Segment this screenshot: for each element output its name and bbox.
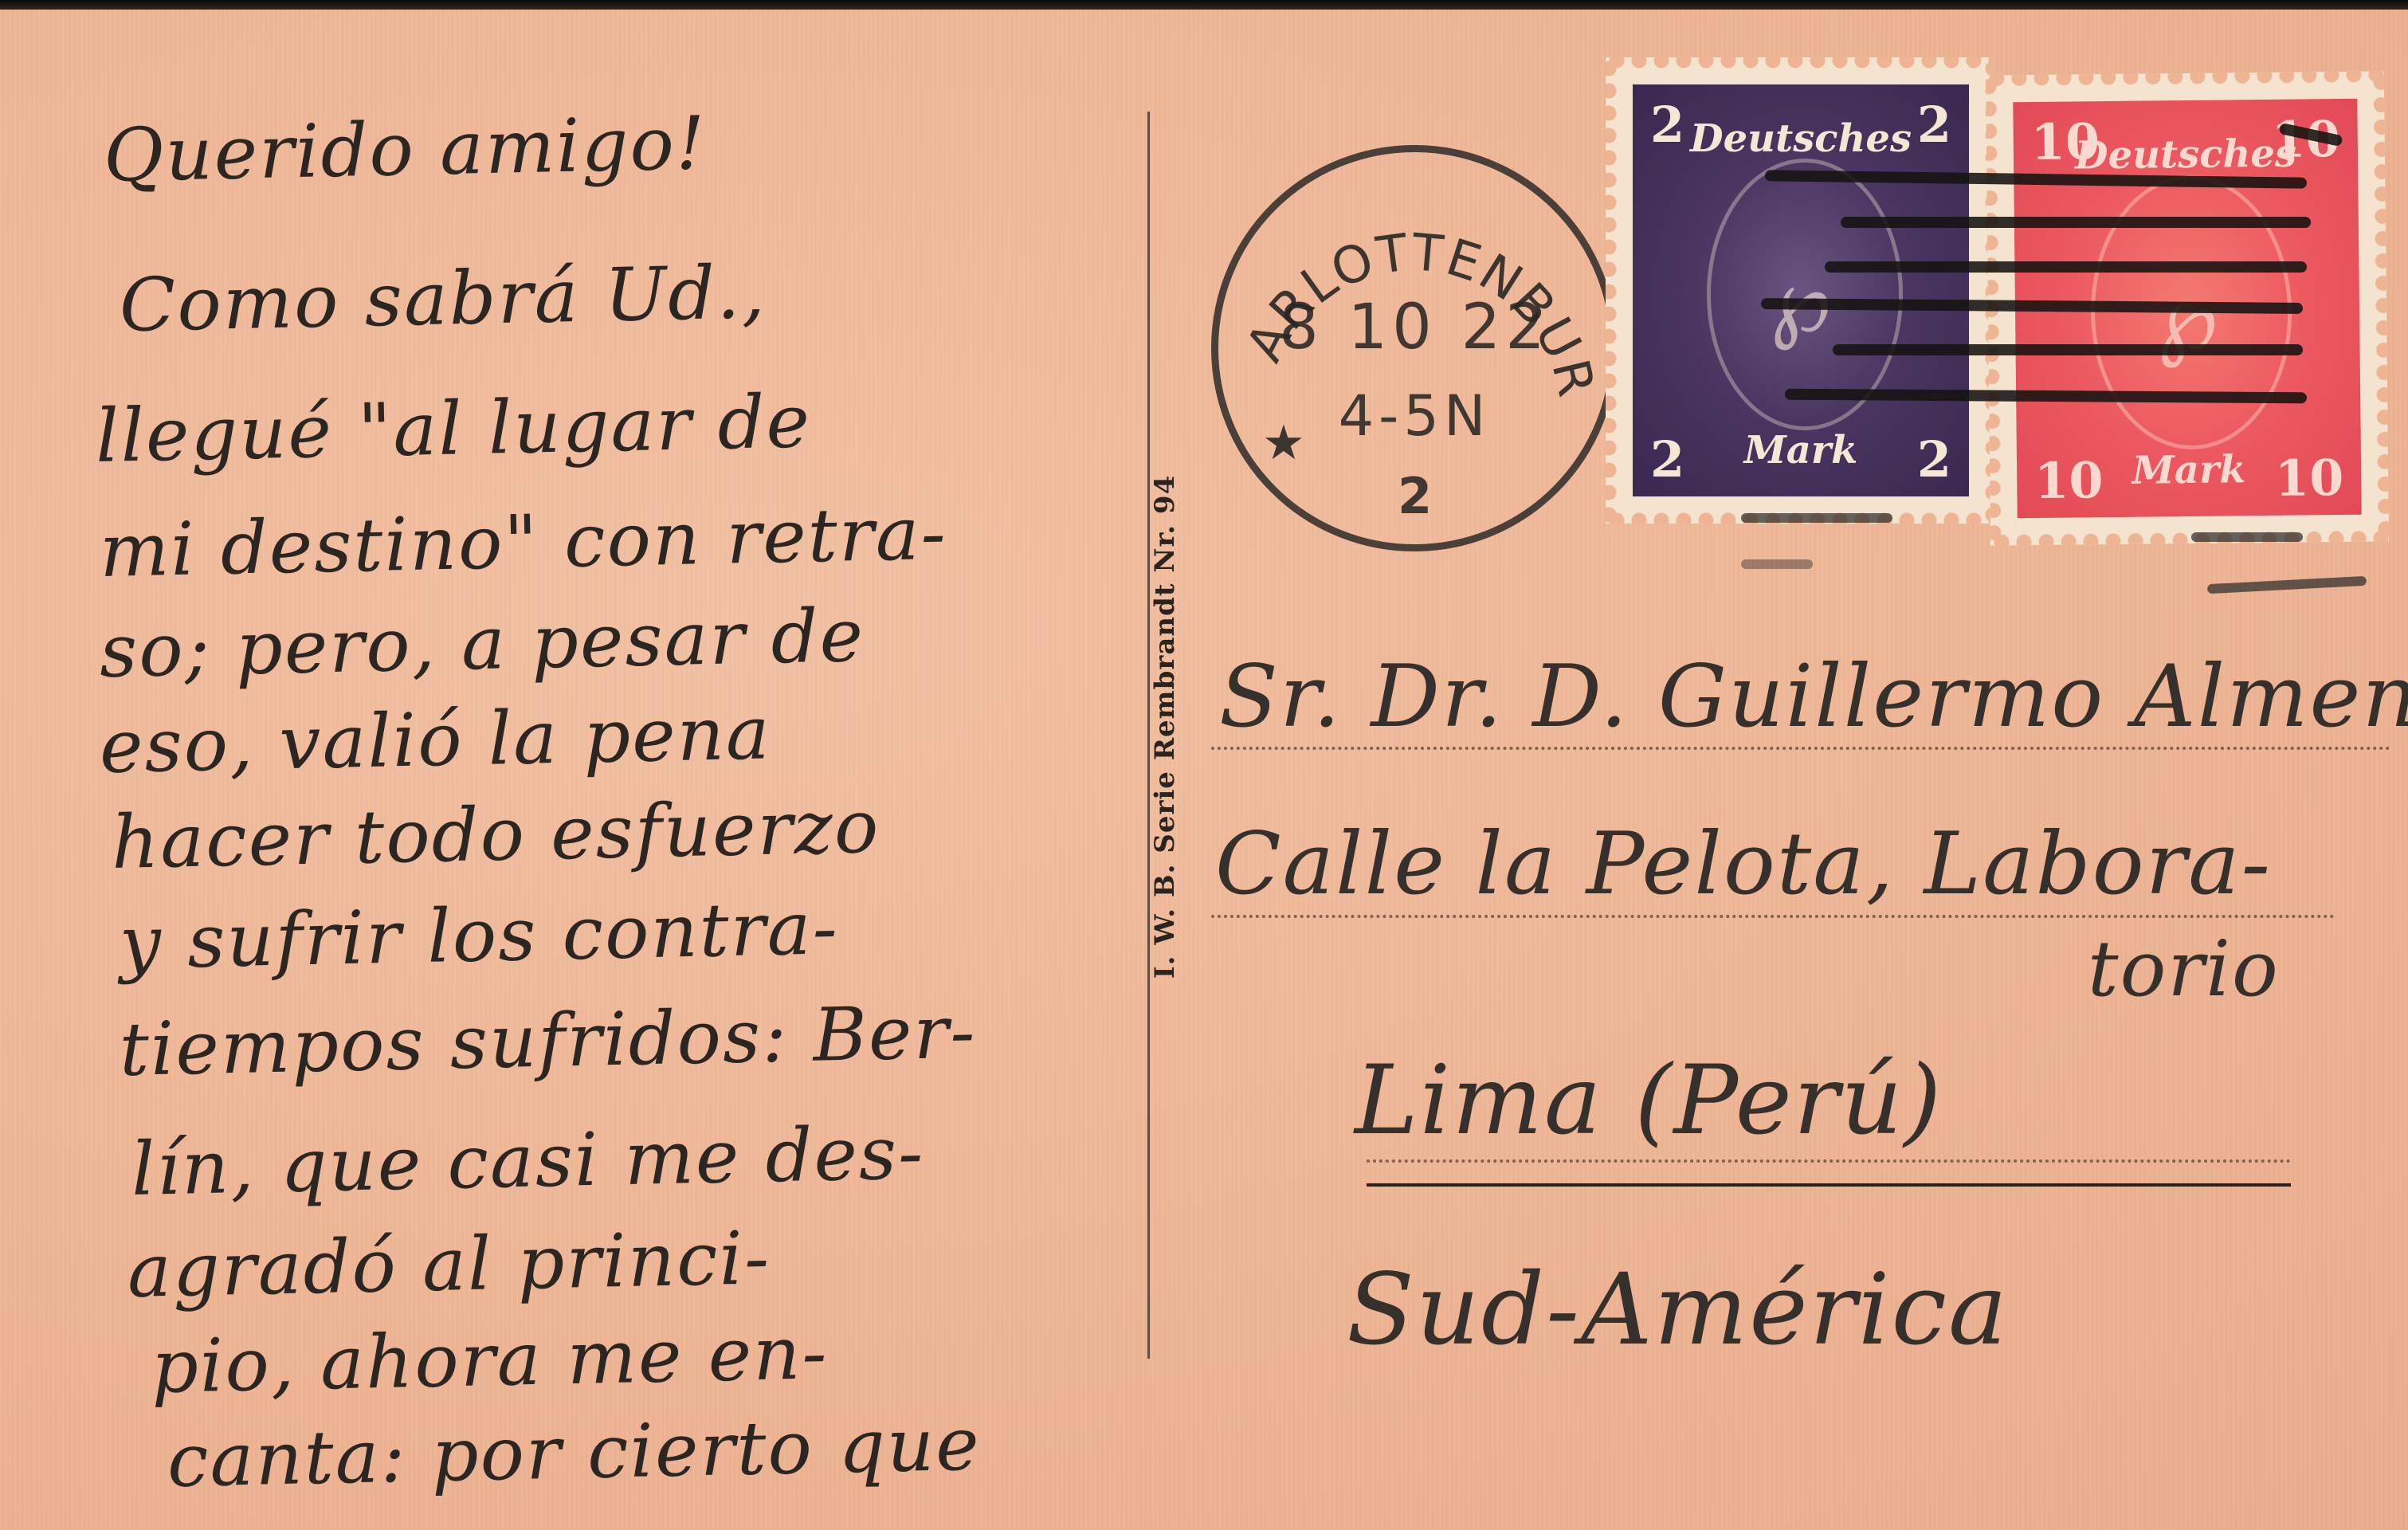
ink-smudge bbox=[2191, 532, 2303, 542]
address-city: Lima (Perú) bbox=[1355, 1045, 1943, 1156]
address-street-continued: torio bbox=[2088, 924, 2280, 1014]
postmark-office-number: 2 bbox=[1398, 467, 1432, 525]
address-dotted-line bbox=[1211, 747, 2390, 750]
address-dotted-line bbox=[1211, 915, 2335, 918]
address-region: Sud-América bbox=[1347, 1253, 2009, 1367]
stamp-denomination: 10 bbox=[2275, 449, 2344, 508]
letter-line: eso, valió la pena bbox=[99, 690, 772, 790]
stamp-denomination: 10 bbox=[2030, 112, 2100, 171]
ink-smudge bbox=[2207, 576, 2367, 594]
letter-line: Como sabrá Ud., bbox=[119, 249, 767, 348]
letter-line: y sufrir los contra- bbox=[119, 885, 840, 986]
letter-line: canta: por cierto que bbox=[167, 1402, 982, 1504]
stamp-face: ℘ Deutsches Mark 2 2 2 2 bbox=[1633, 84, 1969, 496]
postcard: Querido amigo! Como sabrá Ud., llegué "a… bbox=[0, 10, 2408, 1530]
postmark: CHARLOTTENBURG 8 10 22 4-5N ★ 2 bbox=[1211, 145, 1618, 551]
ink-smudge bbox=[1741, 513, 1892, 523]
letter-line: Querido amigo! bbox=[103, 100, 708, 198]
star-icon: ★ bbox=[1262, 415, 1305, 471]
cancel-bar bbox=[1833, 344, 2303, 355]
postmark-date: 8 10 22 bbox=[1218, 292, 1610, 363]
stamp-denomination: 10 bbox=[2034, 451, 2104, 510]
stamp-purple-2-mark: ℘ Deutsches Mark 2 2 2 2 bbox=[1606, 57, 1996, 524]
publisher-imprint: I. W. B. Serie Rembrandt Nr. 94 bbox=[1149, 475, 1181, 979]
letter-line: pio, ahora me en- bbox=[151, 1310, 829, 1410]
letter-line: agradó al princi- bbox=[127, 1215, 771, 1314]
stamp-denomination: 2 bbox=[1917, 96, 1951, 154]
address-street: Calle la Pelota, Labora- bbox=[1215, 814, 2272, 914]
letter-line: mi destino" con retra- bbox=[99, 491, 948, 594]
stamp-denomination: 2 bbox=[1917, 430, 1951, 488]
letter-line: llegué "al lugar de bbox=[95, 379, 812, 479]
stamp-denomination: 2 bbox=[1650, 96, 1684, 154]
cancel-bar bbox=[1825, 261, 2307, 273]
letter-line: lín, que casi me des- bbox=[131, 1110, 925, 1212]
ink-smudge bbox=[1741, 559, 1813, 569]
address-underline bbox=[1367, 1183, 2291, 1187]
letter-line: so; pero, a pesar de bbox=[99, 593, 865, 694]
letter-line: hacer todo esfuerzo bbox=[111, 784, 880, 885]
address-dotted-line bbox=[1367, 1159, 2291, 1163]
letter-line: tiempos sufridos: Ber- bbox=[119, 989, 978, 1093]
stamp-denomination: 2 bbox=[1650, 430, 1684, 488]
address-recipient: Sr. Dr. D. Guillermo Almenara, bbox=[1219, 647, 2408, 747]
cancel-bar bbox=[1841, 217, 2311, 228]
